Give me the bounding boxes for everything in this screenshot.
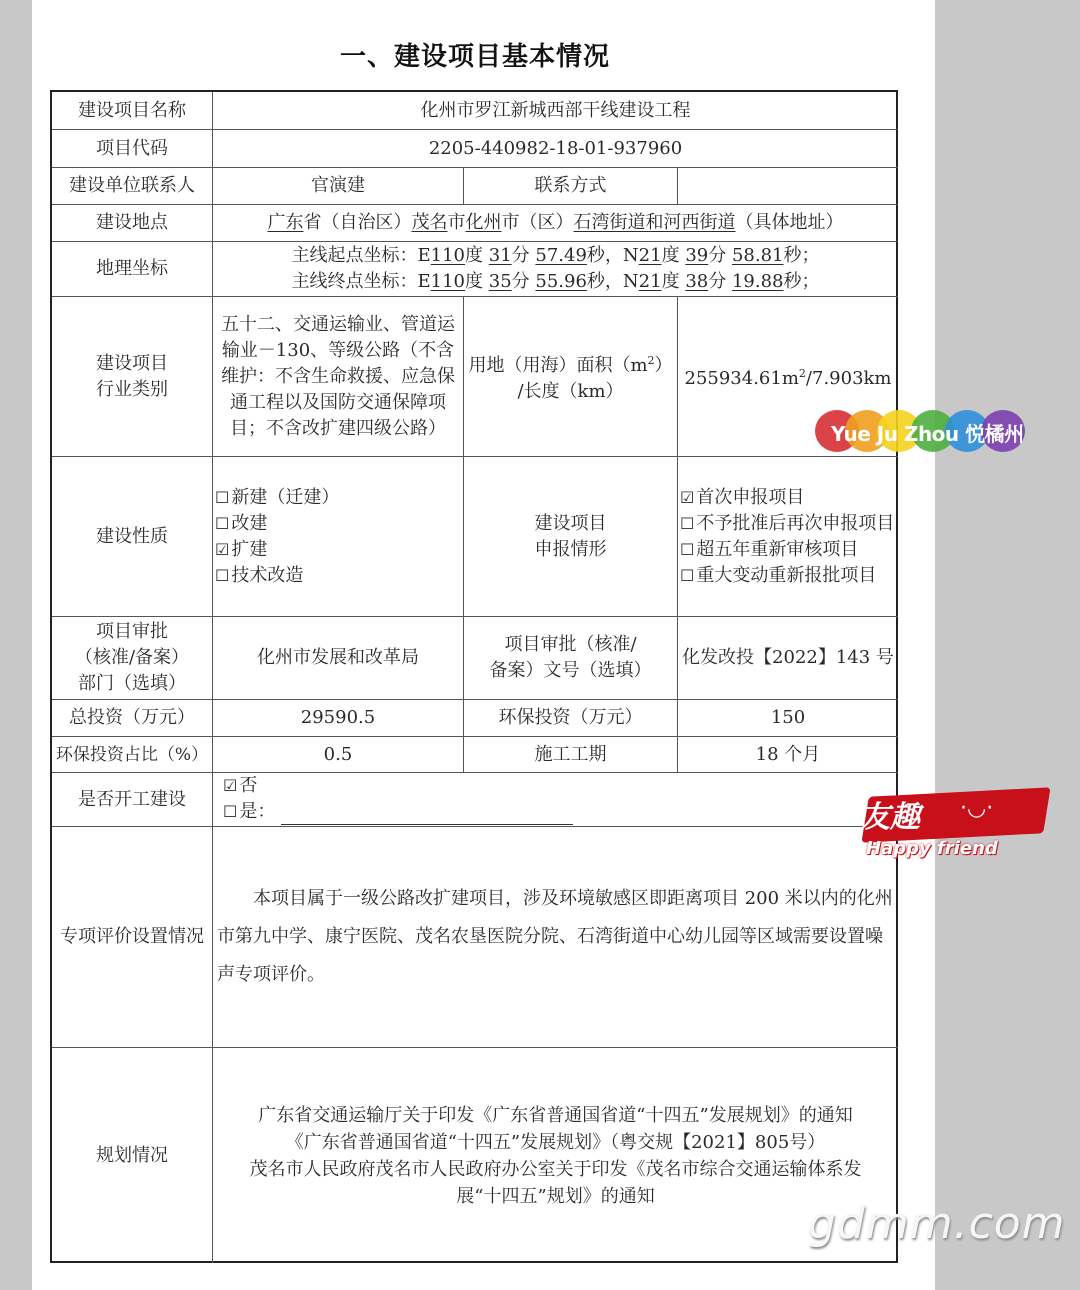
project-code-value: 2205-440982-18-01-937960	[213, 130, 898, 168]
location-text: 市（区）	[502, 212, 574, 233]
env-investment-label: 环保投资（万元）	[464, 700, 678, 737]
contact-value: 官演建	[213, 168, 464, 205]
started-options: ☑否 ☐是：	[213, 773, 898, 827]
happy-friend-watermark: 友趣 ·◡· Happy friend	[860, 782, 1050, 854]
nature-label: 建设性质	[52, 457, 213, 617]
location-text: （具体地址）	[736, 212, 844, 233]
industry-label: 建设项目 行业类别	[52, 297, 213, 457]
industry-value: 五十二、交通运输业、管道运输业－130、等级公路（不含维护：不含生命救援、应急保…	[213, 297, 464, 457]
contact-method-label: 联系方式	[464, 168, 678, 205]
end-coordinate: 主线终点坐标：E110度 35分 55.96秒，N21度 38分 19.88秒；	[292, 269, 820, 295]
project-name-label: 建设项目名称	[52, 92, 213, 130]
yuejuzhou-watermark: Yue Ju Zhou 悦橘州	[815, 410, 1027, 452]
project-info-table: 建设项目名称 化州市罗江新城西部干线建设工程 项目代码 2205-440982-…	[50, 90, 898, 1263]
location-label: 建设地点	[52, 205, 213, 242]
section-title: 一、建设项目基本情况	[0, 36, 950, 73]
report-options: ☑首次申报项目 ☐不予批准后再次申报项目 ☐超五年重新审核项目 ☐重大变动重新报…	[678, 457, 898, 617]
special-eval-label: 专项评价设置情况	[52, 827, 213, 1048]
env-ratio-value: 0.5	[213, 737, 464, 773]
approval-doc-value: 化发改投【2022】143 号	[678, 617, 898, 700]
checkbox-icon: ☐	[215, 488, 229, 507]
checkbox-icon: ☐	[680, 540, 694, 559]
location-text: 省（自治区）	[304, 212, 412, 233]
started-option-yes[interactable]: ☐是：	[223, 799, 573, 825]
coordinates-label: 地理坐标	[52, 242, 213, 297]
planning-line: 广东省交通运输厅关于印发《广东省普通国省道“十四五”发展规划》的通知	[258, 1102, 852, 1129]
nature-options: ☐新建（迁建） ☐改建 ☑扩建 ☐技术改造	[213, 457, 464, 617]
report-option-major-change[interactable]: ☐重大变动重新报批项目	[680, 563, 876, 589]
location-text: 市	[448, 212, 466, 233]
approval-dept-label: 项目审批 （核准/备案） 部门（选填）	[52, 617, 213, 700]
total-investment-label: 总投资（万元）	[52, 700, 213, 737]
report-option-review[interactable]: ☐超五年重新审核项目	[680, 537, 858, 563]
approval-dept-value: 化州市发展和改革局	[213, 617, 464, 700]
construction-period-label: 施工工期	[464, 737, 678, 773]
checkbox-checked-icon: ☑	[223, 776, 237, 795]
coordinates-value: 主线起点坐标：E110度 31分 57.49秒，N21度 39分 58.81秒；…	[213, 242, 898, 297]
started-option-no[interactable]: ☑否	[223, 773, 257, 799]
location-street: 石湾街道和河西街道	[574, 212, 736, 233]
report-option-resubmit[interactable]: ☐不予批准后再次申报项目	[680, 511, 894, 537]
location-province: 广东	[268, 212, 304, 233]
checkbox-icon: ☐	[223, 802, 237, 821]
project-code-label: 项目代码	[52, 130, 213, 168]
checkbox-icon: ☐	[215, 566, 229, 585]
contact-method-value	[678, 168, 898, 205]
location-county: 化州	[466, 212, 502, 233]
start-coordinate: 主线起点坐标：E110度 31分 57.49秒，N21度 39分 58.81秒；	[292, 243, 820, 269]
total-investment-value: 29590.5	[213, 700, 464, 737]
checkbox-checked-icon: ☑	[680, 488, 694, 507]
location-value: 广东省（自治区）茂名市化州市（区）石湾街道和河西街道（具体地址）	[213, 205, 898, 242]
construction-period-value: 18 个月	[678, 737, 898, 773]
checkbox-icon: ☐	[215, 514, 229, 533]
report-situation-label: 建设项目 申报情形	[464, 457, 678, 617]
started-label: 是否开工建设	[52, 773, 213, 827]
env-ratio-label: 环保投资占比（%）	[52, 737, 213, 773]
report-option-first[interactable]: ☑首次申报项目	[680, 485, 804, 511]
location-city: 茂名	[412, 212, 448, 233]
approval-doc-label: 项目审批（核准/ 备案）文号（选填）	[464, 617, 678, 700]
area-label: 用地（用海）面积（m2） /长度（km）	[464, 297, 678, 457]
env-investment-value: 150	[678, 700, 898, 737]
project-name-value: 化州市罗江新城西部干线建设工程	[213, 92, 898, 130]
planning-label: 规划情况	[52, 1048, 213, 1263]
nature-option-expand[interactable]: ☑扩建	[215, 537, 267, 563]
checkbox-icon: ☐	[680, 566, 694, 585]
nature-option-tech[interactable]: ☐技术改造	[215, 563, 303, 589]
planning-line: 展“十四五”规划》的通知	[456, 1183, 654, 1210]
site-watermark: gdmm.com	[808, 1198, 1066, 1249]
planning-value: 广东省交通运输厅关于印发《广东省普通国省道“十四五”发展规划》的通知 《广东省普…	[213, 1048, 898, 1263]
contact-label: 建设单位联系人	[52, 168, 213, 205]
checkbox-icon: ☐	[680, 514, 694, 533]
nature-option-rebuild[interactable]: ☐改建	[215, 511, 267, 537]
nature-option-new[interactable]: ☐新建（迁建）	[215, 485, 339, 511]
checkbox-checked-icon: ☑	[215, 540, 229, 559]
special-eval-value: 本项目属于一级公路改扩建项目，涉及环境敏感区即距离项目 200 米以内的化州市第…	[213, 827, 898, 1048]
fill-in-line	[281, 806, 573, 825]
planning-line: 茂名市人民政府茂名市人民政府办公室关于印发《茂名市综合交通运输体系发	[250, 1156, 862, 1183]
planning-line: 《广东省普通国省道“十四五”发展规划》（粤交规【2021】805号）	[286, 1129, 826, 1156]
